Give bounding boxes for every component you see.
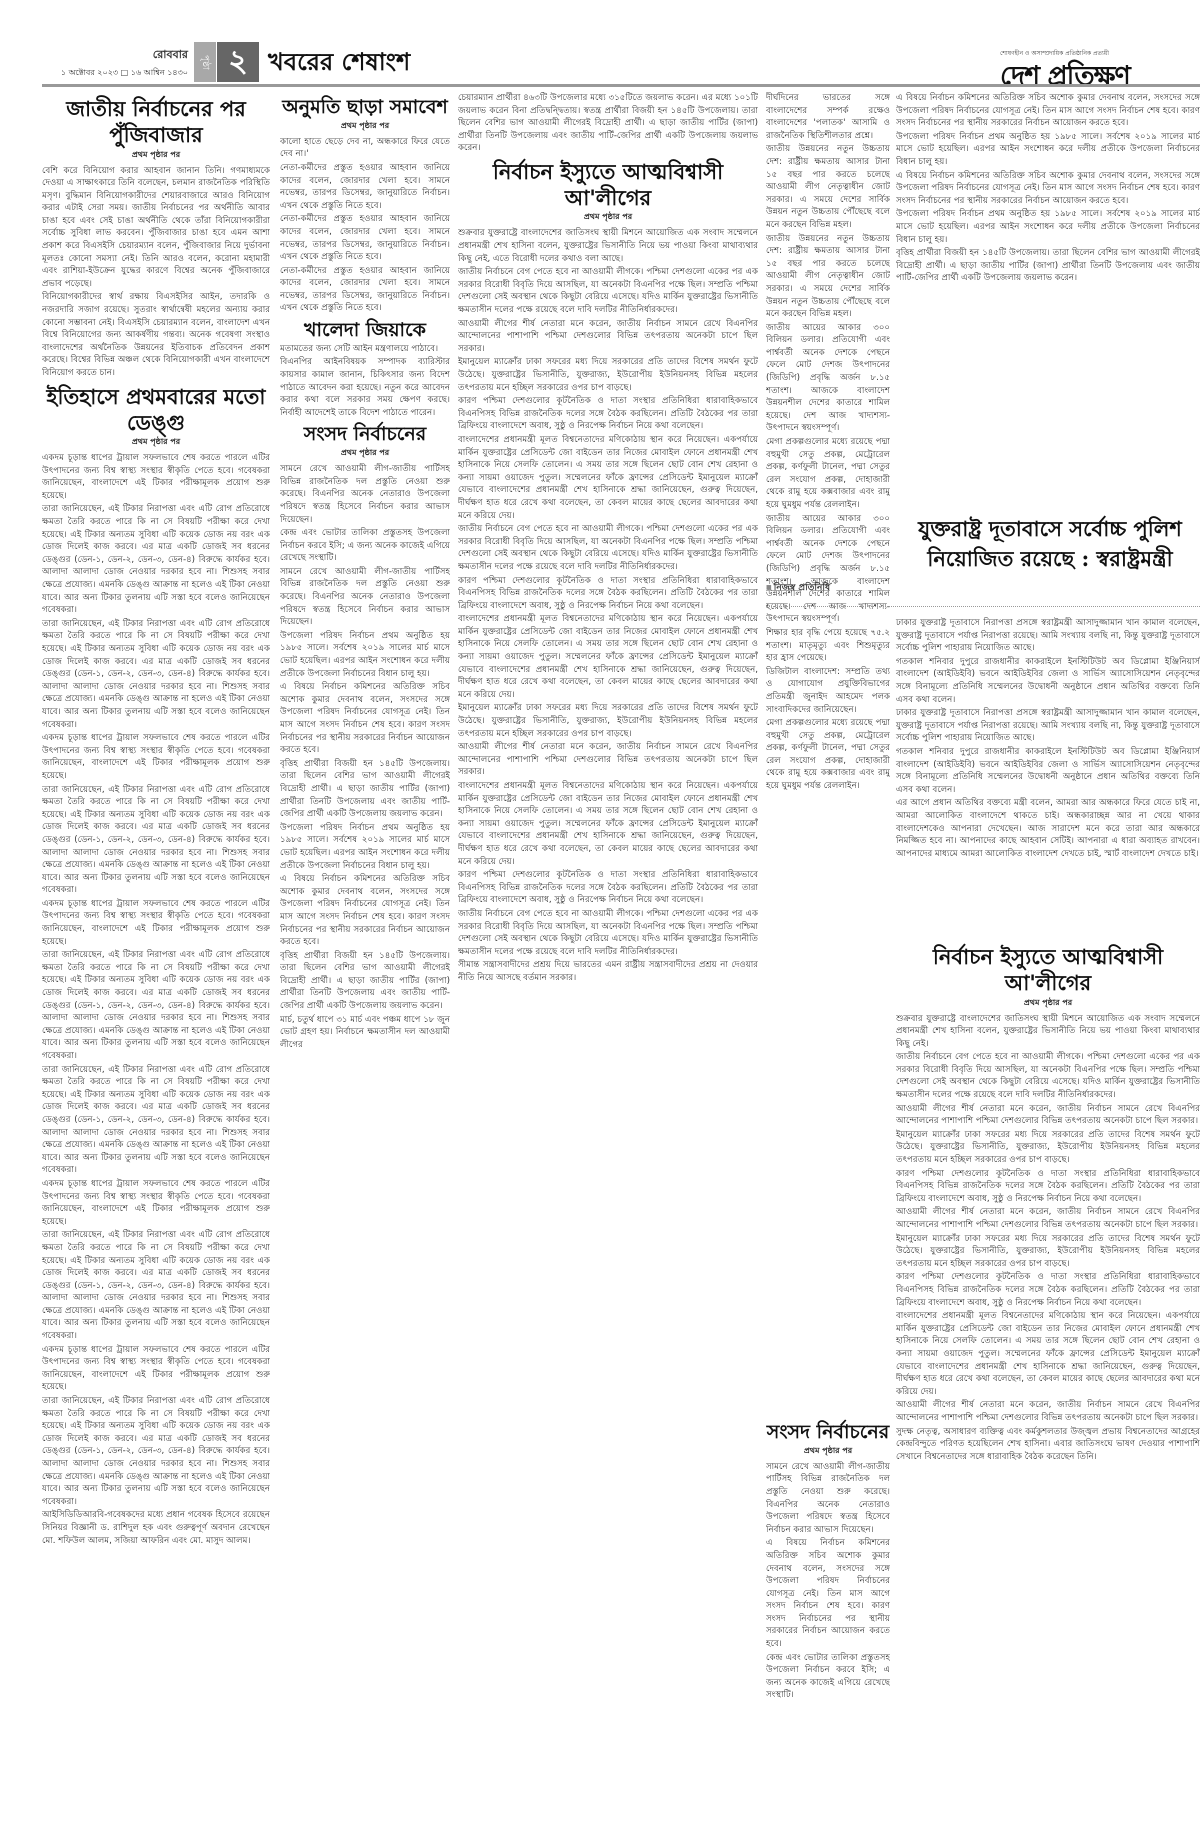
paragraph: ইমানুয়েল ম্যাক্রোঁর ঢাকা সফরের মধ্য দিয… [896,1129,1200,1167]
article-khaleda: খালেদা জিয়াকে মতামতের জন্য সেটি আইন মন্… [280,319,450,419]
article-atmobishwasi-aleague-2: নির্বাচন ইস্যুতে আত্মবিশ্বাসী আ'লীগের প্… [896,940,1200,1843]
headline: খালেদা জিয়াকে [280,319,450,343]
jump-label: প্রথম পৃষ্ঠার পর [280,120,450,133]
article-dutabash-body: নিজস্ব প্রতিনিধি ঢাকার যুক্তরাষ্ট্র দূতা… [766,576,1200,946]
article-dengue: ইতিহাসে প্রথমবারের মতো ডেঙ্গু প্রথম পৃষ্… [42,384,270,1548]
jump-label: প্রথম পৃষ্ঠার পর [280,447,450,460]
article-sangsad-nirbachon-2: সংসদ নির্বাচনের প্রথম পৃষ্ঠার পর সামনে র… [766,1417,890,1703]
section-title: খবরের শেষাংশ [268,44,410,84]
continuation-text: চেয়ারম্যান প্রার্থীরা ৪৬৩টি উপজেলার মধ্… [458,92,758,155]
jump-label: প্রথম পৃষ্ঠার পর [42,436,270,449]
paragraph: চেয়ারম্যান প্রার্থীরা ৪৬৩টি উপজেলার মধ্… [458,92,758,155]
issue-day: রোববার [40,46,188,65]
article-body: ঢাকার যুক্তরাষ্ট্র দূতাবাসে নিরাপত্তা প্… [896,617,1200,860]
paragraph: তারা জানিয়েছেন, এই টিকার নিরাপত্তা এবং … [42,784,270,897]
paragraph: নেতা-কর্মীদের প্রস্তুত হওয়ার আহবান জানি… [280,162,450,212]
paragraph: আইসিডিডিআরবি-গবেষকদের মধ্যে প্রধান গবেষক… [42,1509,270,1547]
column-4: দীর্ঘদিনের ভারতের সঙ্গে বাংলাদেশের সম্পর… [766,92,890,1843]
paragraph: গতকাল শনিবার দুপুরে রাজধানীর কাকরাইলে ইন… [896,746,1200,796]
paragraph: মার্চ, চতুর্থ ধাপে ৩১ মার্চ এবং পঞ্চম ধা… [280,1014,450,1052]
paragraph: জাতীয় নির্বাচনে বেগ পেতে হবে না আওয়ামী… [458,266,758,316]
column-5: এ বিষয়ে নির্বাচন কমিশনের অতিরিক্ত সচিব … [896,92,1200,512]
article-atmobishwasi-aleague: নির্বাচন ইস্যুতে আত্মবিশ্বাসী আ'লীগের প্… [458,159,758,985]
byline: নিজস্ব প্রতিনিধি [766,580,1200,595]
paragraph: আওয়ামী লীগের শীর্ষ নেতারা মনে করেন, জাত… [896,1103,1200,1128]
paragraph: শুক্রবার যুক্তরাষ্ট্রে বাংলাদেশের জাতিসং… [458,227,758,265]
paragraph: তারা জানিয়েছেন, এই টিকার নিরাপত্তা এবং … [42,618,270,731]
headline: অনুমতি ছাড়া সমাবেশ [280,96,450,120]
masthead: রোববার ১ অক্টোবর ২০২৩ □ ১৬ আশ্বিন ১৪৩০ প… [0,0,1200,62]
column-2: অনুমতি ছাড়া সমাবেশ প্রথম পৃষ্ঠার পর কাল… [280,92,450,1843]
headline: নির্বাচন ইস্যুতে আত্মবিশ্বাসী আ'লীগের [458,159,758,212]
paragraph: একদম চূড়ান্ত ধাপের ট্রায়াল সফলভাবে শেষ… [42,1344,270,1394]
paragraph: বাংলাদেশের প্রধানমন্ত্রী মূলত বিশ্বনেতাদ… [896,1310,1200,1398]
paragraph: উপজেলা পরিষদ নির্বাচন প্রথম অনুষ্ঠিত হয়… [896,208,1200,246]
paragraph: ইমানুয়েল ম্যাক্রোঁর ঢাকা সফরের মধ্য দিয… [458,356,758,394]
article-body: মতামতের জন্য সেটি আইন মন্ত্রণালয়ে পাঠাব… [280,343,450,420]
paragraph: কারণ পশ্চিমা দেশগুলোর কূটনৈতিক ও দাতা সং… [458,575,758,613]
page-number: ২ [217,42,259,82]
issue-full-date: ১ অক্টোবর ২০২৩ □ ১৬ আশ্বিন ১৪৩০ [40,67,188,80]
paragraph: বাংলাদেশের প্রধানমন্ত্রী মূলত বিশ্বনেতাদ… [458,613,758,701]
headline: সংসদ নির্বাচনের [766,1421,890,1445]
article-body: সামনে রেখে আওয়ামী লীগ-জাতীয় পার্টিসহ ব… [766,1461,890,1702]
paragraph: একদম চূড়ান্ত ধাপের ট্রায়াল সফলভাবে শেষ… [42,1178,270,1228]
article-body: শুক্রবার যুক্তরাষ্ট্রে বাংলাদেশের জাতিসং… [458,227,758,984]
issue-date: রোববার ১ অক্টোবর ২০২৩ □ ১৬ আশ্বিন ১৪৩০ [40,46,188,80]
paragraph: বাংলাদেশের প্রধানমন্ত্রী মূলত বিশ্বনেতাদ… [458,434,758,522]
paragraph: এ বিষয়ে নির্বাচন কমিশনের অতিরিক্ত সচিব … [896,170,1200,208]
paragraph: দীর্ঘদিনের ভারতের সঙ্গে বাংলাদেশের সম্পর… [766,92,890,142]
paragraph: কারণ পশ্চিমা দেশগুলোর কূটনৈতিক ও দাতা সং… [896,1168,1200,1206]
column-1: জাতীয় নির্বাচনের পর পুঁজিবাজার প্রথম পৃ… [42,92,270,1843]
paragraph: শুক্রবার যুক্তরাষ্ট্রে বাংলাদেশের জাতিসং… [896,1013,1200,1051]
headline: নির্বাচন ইস্যুতে আত্মবিশ্বাসী আ'লীগের [896,944,1200,997]
paragraph: কেন্দ্র এবং ভোটার তালিকা প্রস্তুতসহ উপজে… [766,1652,890,1702]
paragraph: তারা জানিয়েছেন, এই টিকার নিরাপত্তা এবং … [42,1395,270,1508]
paragraph: একদম চূড়ান্ত ধাপের ট্রায়াল সফলভাবে শেষ… [42,732,270,782]
paragraph: বৃত্তিহ প্রার্থীরা বিজয়ী হন ১৪৫টি উপজেল… [280,950,450,1013]
paragraph: কারণ পশ্চিমা দেশগুলোর কূটনৈতিক ও দাতা সং… [458,395,758,433]
paragraph: বৃত্তিহ প্রার্থীরা বিজয়ী হন ১৪৫টি উপজেল… [896,247,1200,285]
paragraph: জাতীয় উন্নয়নের নতুন উচ্চতায় দেশ: রাষ্… [766,233,890,321]
paragraph: কেন্দ্র এবং ভোটার তালিকা প্রস্তুতসহ উপজে… [280,527,450,565]
paragraph: উপজেলা পরিষদ নির্বাচন প্রথম অনুষ্ঠিত হয়… [280,630,450,680]
paragraph: বিনিয়োগকারীদের স্বার্থ রক্ষায় বিএসইসির… [42,291,270,379]
paragraph: এর আগে প্রধান অতিথির বক্তব্যে মন্ত্রী বল… [896,797,1200,860]
paragraph: এ বিষয়ে নির্বাচন কমিশনের অতিরিক্ত সচিব … [896,92,1200,130]
paragraph: সীমান্ত সন্ত্রাসবাদীদের প্রশ্রয় দিয়ে ভ… [458,959,758,984]
headline-line-1: যুক্তরাষ্ট্র দূতাবাসে সর্বোচ্চ পুলিশ [900,516,1200,542]
paragraph: এ বিষয়ে নির্বাচন কমিশনের অতিরিক্ত সচিব … [280,681,450,757]
paragraph: তারা জানিয়েছেন, এই টিকার নিরাপত্তা এবং … [42,1064,270,1177]
headline: সংসদ নির্বাচনের [280,423,450,447]
jump-label: প্রথম পৃষ্ঠার পর [458,211,758,224]
paragraph: এ বিষয়ে নির্বাচন কমিশনের অতিরিক্ত সচিব … [766,1537,890,1650]
paragraph: একদম চূড়ান্ত ধাপের ট্রায়াল সফলভাবে শেষ… [42,452,270,502]
paragraph: জাতীয় আয়ের আকার ৩০০ বিলিয়ন ডলার। প্রত… [766,322,890,435]
paragraph: সুদক্ষ নেতৃত্ব, অসাধারণ ব্যক্তিত্ব এবং ক… [896,1426,1200,1464]
column-3: চেয়ারম্যান প্রার্থীরা ৪৬৩টি উপজেলার মধ্… [458,92,758,1843]
article-puji-bazar: জাতীয় নির্বাচনের পর পুঁজিবাজার প্রথম পৃ… [42,96,270,380]
paragraph: কালো হাতে ছেড়ে দেব না, অন্ধকারে ফিরে যে… [280,136,450,161]
paragraph: বৃত্তিহ প্রার্থীরা বিজয়ী হন ১৪৫টি উপজেল… [280,758,450,821]
headline: জাতীয় নির্বাচনের পর পুঁজিবাজার [42,96,270,149]
article-body: সামনে রেখে আওয়ামী লীগ-জাতীয় পার্টিসহ ব… [280,463,450,1051]
paragraph: জাতীয় নির্বাচনে বেগ পেতে হবে না আওয়ামী… [458,908,758,958]
article-body: বেশি করে বিনিয়োগ করার আহবান জানান তিনি।… [42,165,270,380]
headline: ইতিহাসে প্রথমবারের মতো ডেঙ্গু [42,384,270,437]
article-somabesh: অনুমতি ছাড়া সমাবেশ প্রথম পৃষ্ঠার পর কাল… [280,96,450,315]
article-body: একদম চূড়ান্ত ধাপের ট্রায়াল সফলভাবে শেষ… [42,452,270,1547]
paragraph: সামনে রেখে আওয়ামী লীগ-জাতীয় পার্টিসহ ব… [280,566,450,629]
paragraph: মতামতের জন্য সেটি আইন মন্ত্রণালয়ে পাঠাব… [280,343,450,356]
paragraph: উপজেলা পরিষদ নির্বাচন প্রথম অনুষ্ঠিত হয়… [280,822,450,872]
paragraph: তারা জানিয়েছেন, এই টিকার নিরাপত্তা এবং … [42,1229,270,1342]
paragraph: জাতীয় উন্নয়নের নতুন উচ্চতায় দেশ: রাষ্… [766,143,890,231]
jump-label: প্রথম পৃষ্ঠার পর [42,149,270,162]
masthead-divider [42,84,1200,87]
paragraph: আওয়ামী লীগের শীর্ষ নেতারা মনে করেন, জাত… [458,318,758,356]
paragraph: ঢাকার যুক্তরাষ্ট্র দূতাবাসে নিরাপত্তা প্… [896,617,1200,655]
paragraph: নেতা-কর্মীদের প্রস্তুত হওয়ার আহবান জানি… [280,265,450,315]
paragraph: আওয়ামী লীগের শীর্ষ নেতারা মনে করেন, জাত… [458,741,758,779]
paragraph: আওয়ামী লীগের শীর্ষ নেতারা মনে করেন, জাত… [896,1206,1200,1231]
paragraph: জাতীয় নির্বাচনে বেগ পেতে হবে না আওয়ামী… [896,1051,1200,1101]
paragraph: গতকাল শনিবার দুপুরে রাজধানীর কাকরাইলে ইন… [896,656,1200,706]
paragraph: বিএনপির আইনবিষয়ক সম্পাদক ব্যারিস্টার কা… [280,356,450,419]
jump-label: প্রথম পৃষ্ঠার পর [896,997,1200,1010]
paragraph: কারণ পশ্চিমা দেশগুলোর কূটনৈতিক ও দাতা সং… [896,1271,1200,1309]
article-body: শুক্রবার যুক্তরাষ্ট্রে বাংলাদেশের জাতিসং… [896,1013,1200,1464]
article-body: কালো হাতে ছেড়ে দেব না, অন্ধকারে ফিরে যে… [280,136,450,315]
paragraph: এ বিষয়ে নির্বাচন কমিশনের অতিরিক্ত সচিব … [280,873,450,949]
paragraph: নেতা-কর্মীদের প্রস্তুত হওয়ার আহবান জানি… [280,213,450,263]
paragraph: উপজেলা পরিষদ নির্বাচন প্রথম অনুষ্ঠিত হয়… [896,131,1200,169]
article-sangsad-nirbachon: সংসদ নির্বাচনের প্রথম পৃষ্ঠার পর সামনে র… [280,423,450,1051]
paragraph: বেশি করে বিনিয়োগ করার আহবান জানান তিনি।… [42,165,270,291]
paragraph: তারা জানিয়েছেন, এই টিকার নিরাপত্তা এবং … [42,949,270,1062]
paragraph: জাতীয় নির্বাচনে বেগ পেতে হবে না আওয়ামী… [458,523,758,573]
continuation-text: এ বিষয়ে নির্বাচন কমিশনের অতিরিক্ত সচিব … [896,92,1200,285]
paragraph: ইমানুয়েল ম্যাক্রোঁর ঢাকা সফরের মধ্য দিয… [896,1233,1200,1271]
headline-line-2: নিয়োজিত রয়েছে : স্বরাষ্ট্রমন্ত্রী [900,546,1200,572]
paragraph: ইমানুয়েল ম্যাক্রোঁর ঢাকা সফরের মধ্য দিয… [458,702,758,740]
jump-label: প্রথম পৃষ্ঠার পর [766,1445,890,1458]
paragraph: তারা জানিয়েছেন, এই টিকার নিরাপত্তা এবং … [42,503,270,616]
paragraph: বাংলাদেশের প্রধানমন্ত্রী মূলত বিশ্বনেতাদ… [458,780,758,868]
page-label: পৃষ্ঠা [194,42,216,82]
paragraph: মেগা প্রকল্পগুলোর মধ্যে রয়েছে পদ্মা বহু… [766,436,890,512]
paragraph: ঢাকার যুক্তরাষ্ট্র দূতাবাসে নিরাপত্তা প্… [896,707,1200,745]
paragraph: সামনে রেখে আওয়ামী লীগ-জাতীয় পার্টিসহ ব… [280,463,450,526]
paragraph: সামনে রেখে আওয়ামী লীগ-জাতীয় পার্টিসহ ব… [766,1461,890,1537]
byline-divider [766,597,1200,607]
paragraph: আওয়ামী লীগের শীর্ষ নেতারা মনে করেন, জাত… [896,1399,1200,1424]
paragraph: একদম চূড়ান্ত ধাপের ট্রায়াল সফলভাবে শেষ… [42,898,270,948]
paragraph: কারণ পশ্চিমা দেশগুলোর কূটনৈতিক ও দাতা সং… [458,869,758,907]
